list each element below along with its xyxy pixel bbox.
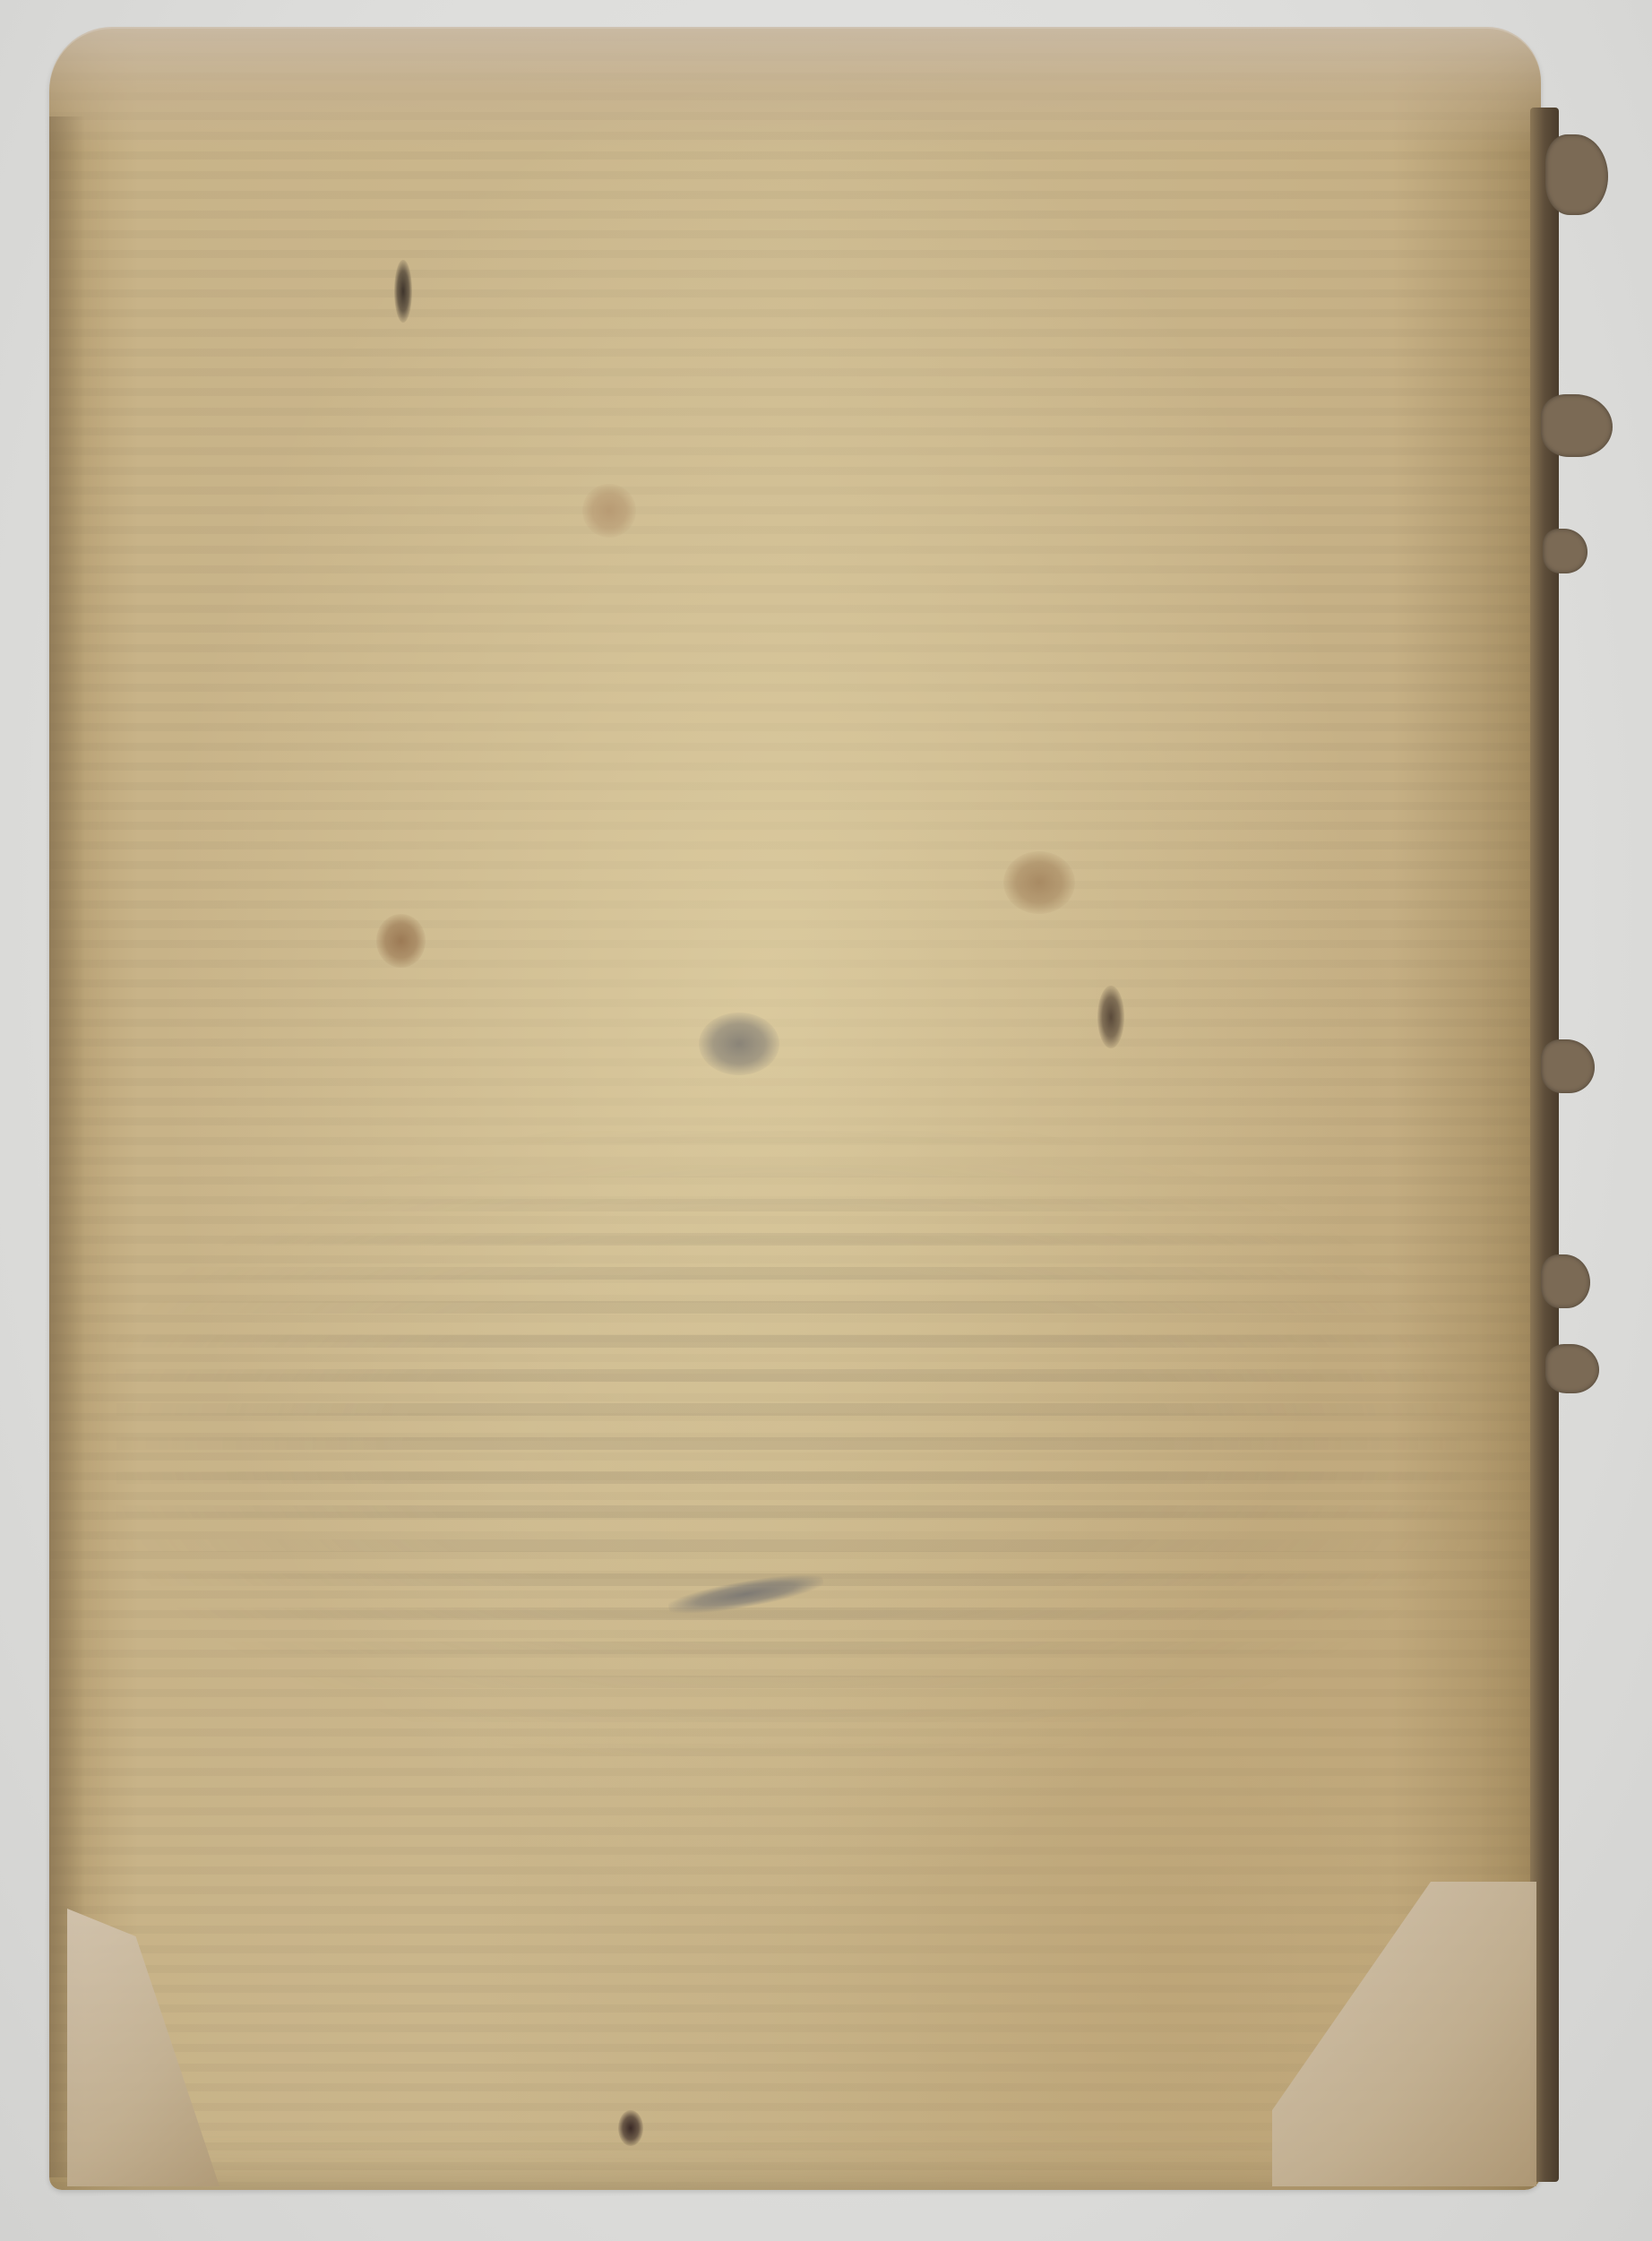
dark-dots-stain bbox=[394, 260, 412, 323]
left-board-edge bbox=[49, 116, 85, 2177]
brown-spot-stain bbox=[376, 914, 426, 968]
round-mark-stain bbox=[582, 484, 636, 538]
spine-tie bbox=[1545, 1344, 1599, 1393]
printed-text-show-through bbox=[116, 1129, 1460, 1756]
photo-scene bbox=[0, 0, 1652, 2241]
spine-tie bbox=[1541, 1254, 1590, 1308]
spine-tie bbox=[1541, 394, 1613, 457]
ink-spot-stain bbox=[618, 2110, 643, 2146]
spine-tie bbox=[1545, 134, 1608, 215]
spine-tie bbox=[1541, 1039, 1595, 1093]
ink-drip-stain bbox=[1097, 986, 1124, 1048]
spine-tie bbox=[1543, 529, 1587, 573]
book-cover bbox=[49, 29, 1541, 2190]
grey-smudge-stain bbox=[699, 1013, 779, 1075]
right-spot-stain bbox=[1003, 851, 1075, 914]
worn-top-edge bbox=[49, 27, 1541, 152]
